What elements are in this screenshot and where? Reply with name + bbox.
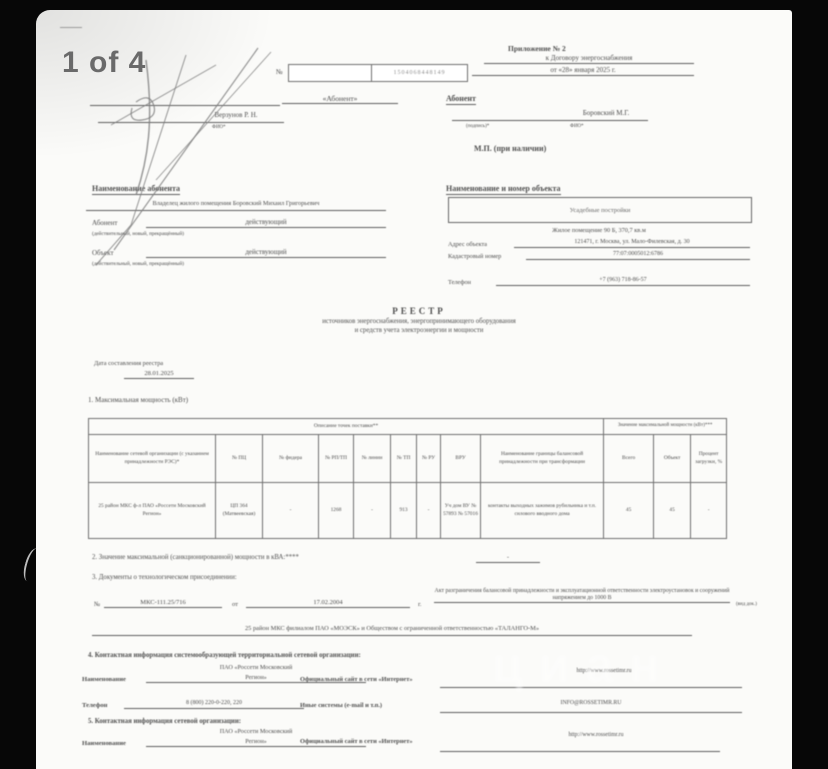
table-header-cell: № ТП	[391, 435, 417, 483]
doc-kind-caption: (вид док.)	[736, 602, 757, 608]
tso-other-rule	[440, 712, 742, 713]
table-span-left: Описание точек поставки**	[89, 419, 604, 435]
table-header-cell: № ПЦ	[216, 435, 263, 483]
tso-name-line1: ПАО «Россети Московский	[146, 664, 366, 672]
table-header-cell: Наименование сетевой организации (с указ…	[89, 435, 216, 483]
doc-title: Акт разграничения балансовой принадлежно…	[434, 588, 730, 603]
section4-heading: 4. Контактная информация системообразующ…	[88, 652, 361, 660]
power-table: Описание точек поставки** Значение макси…	[88, 418, 727, 539]
appendix-line3: от «28» января 2025 г.	[472, 66, 694, 76]
table-header-cell: Всего	[604, 435, 654, 483]
tso-name-label: Наименование	[82, 676, 126, 684]
tso-site-label: Официальный сайт в сети «Интернет»	[300, 676, 413, 684]
table-cell: -	[354, 483, 391, 539]
section2-value: -	[476, 554, 540, 563]
abonent-signatory-name: Боровский М.Г.	[536, 109, 676, 118]
table-span-right: Значение максимальной мощности (кВт)***	[604, 419, 727, 435]
table-cell: 25 район МКС ф-л ПАО «Россети Московский…	[89, 483, 216, 539]
table-header-cell: ВРУ	[441, 435, 481, 483]
registry-date-value: 28.01.2025	[124, 370, 194, 379]
abonent-signature-title: Абонент	[446, 94, 476, 105]
number-box-value: 1504068448149	[371, 64, 468, 82]
phone-value: +7 (963) 718-86-57	[496, 277, 750, 286]
phone-label: Телефон	[448, 279, 471, 287]
table-cell: ЦП 364 (Матвеевская)	[216, 483, 263, 539]
object-name-box: Усадебные постройки	[448, 197, 752, 223]
table-header-cell: Наименование границы балансовой принадле…	[481, 435, 604, 483]
section2-heading: 2. Значение максимальной (санкционирован…	[92, 554, 299, 562]
section3-heading: 3. Документы о технологическом присоедин…	[92, 574, 237, 582]
address-label: Адрес объекта	[448, 241, 487, 249]
table-cell: -	[263, 483, 319, 539]
table-cell: контакты выходных зажимов рубильника и т…	[481, 483, 604, 539]
handwritten-signature	[56, 40, 316, 270]
tso-phone-value: 8 (800) 220-0-220, 220	[124, 700, 304, 709]
table-header-cell: Процент загрузки, %	[691, 435, 727, 483]
abonent-signature-rule	[452, 120, 648, 121]
cadastre-value: 77:07:0005012:6786	[526, 251, 750, 260]
fio-caption: ФИО*	[570, 124, 584, 130]
table-cell: Уч дом ВУ № 57893 № 57016	[441, 483, 481, 539]
table-cell: 913	[391, 483, 417, 539]
address-value: 121471, г. Москва, ул. Мало-Филевская, д…	[514, 239, 750, 248]
registry-subtitle-1: источников энергоснабжения, энергоприним…	[164, 318, 674, 326]
registry-subtitle-2: и средств учета электроэнергии и мощност…	[164, 327, 674, 335]
table-cell: 1268	[319, 483, 354, 539]
table-cell: 45	[654, 483, 691, 539]
so-site-value: http://www.rossetimr.ru	[466, 732, 726, 739]
cadastre-label: Кадастровый номер	[448, 253, 501, 261]
table-header-cell: № фидера	[263, 435, 319, 483]
parties-line: 25 район МКС филиалом ПАО «МОЭСК» и Обще…	[92, 625, 692, 636]
appendix-title: Приложение № 2	[508, 44, 566, 53]
section1-heading: 1. Максимальная мощность (кВт)	[88, 396, 188, 405]
tso-phone-label: Телефон	[82, 702, 107, 710]
doc-date-value: 17.02.2004	[246, 599, 410, 608]
so-site-label: Официальный сайт в сети «Интернет»	[300, 738, 413, 746]
registry-title: РЕЕСТР	[164, 306, 674, 317]
doc-from-label: от	[232, 601, 238, 609]
object-section-heading: Наименование и номер объекта	[446, 184, 561, 195]
screenshot-root: { "viewer": { "page_indicator": "1 of 4"…	[0, 0, 828, 769]
watermark: циан	[492, 636, 812, 694]
stamp-note: М.П. (при наличии)	[474, 144, 546, 154]
registry-date-label: Дата составления реестра	[94, 360, 163, 368]
appendix-line2: к Договору энергоснабжения	[484, 54, 694, 64]
section5-heading: 5. Контактная информация сетевой организ…	[88, 718, 241, 726]
table-header-cell: № линии	[354, 435, 391, 483]
table-cell: 45	[604, 483, 654, 539]
so-site-rule	[440, 751, 720, 752]
table-header-cell: № РП/ТП	[319, 435, 354, 483]
premise-line: Жилое помещение 90 Б, 370,7 кв.м	[448, 227, 750, 235]
table-header-cell: Объект	[654, 435, 691, 483]
table-cell: -	[417, 483, 441, 539]
doc-year-label: г.	[418, 601, 422, 609]
so-name-line1: ПАО «Россети Московский	[146, 728, 366, 736]
doc-no-label: №	[94, 601, 100, 609]
table-header-cell: № РУ	[417, 435, 441, 483]
tso-other-value: INFO@ROSSETIMR.RU	[466, 700, 716, 707]
sign-caption: (подпись)*	[466, 124, 489, 130]
tso-other-label: Иные системы (e-mail и т.п.)	[300, 702, 382, 710]
so-name-label: Наименование	[82, 740, 126, 748]
corner-dash	[60, 27, 82, 28]
table-cell: -	[691, 483, 727, 539]
doc-no-value: МКС-111.25/716	[104, 599, 222, 608]
